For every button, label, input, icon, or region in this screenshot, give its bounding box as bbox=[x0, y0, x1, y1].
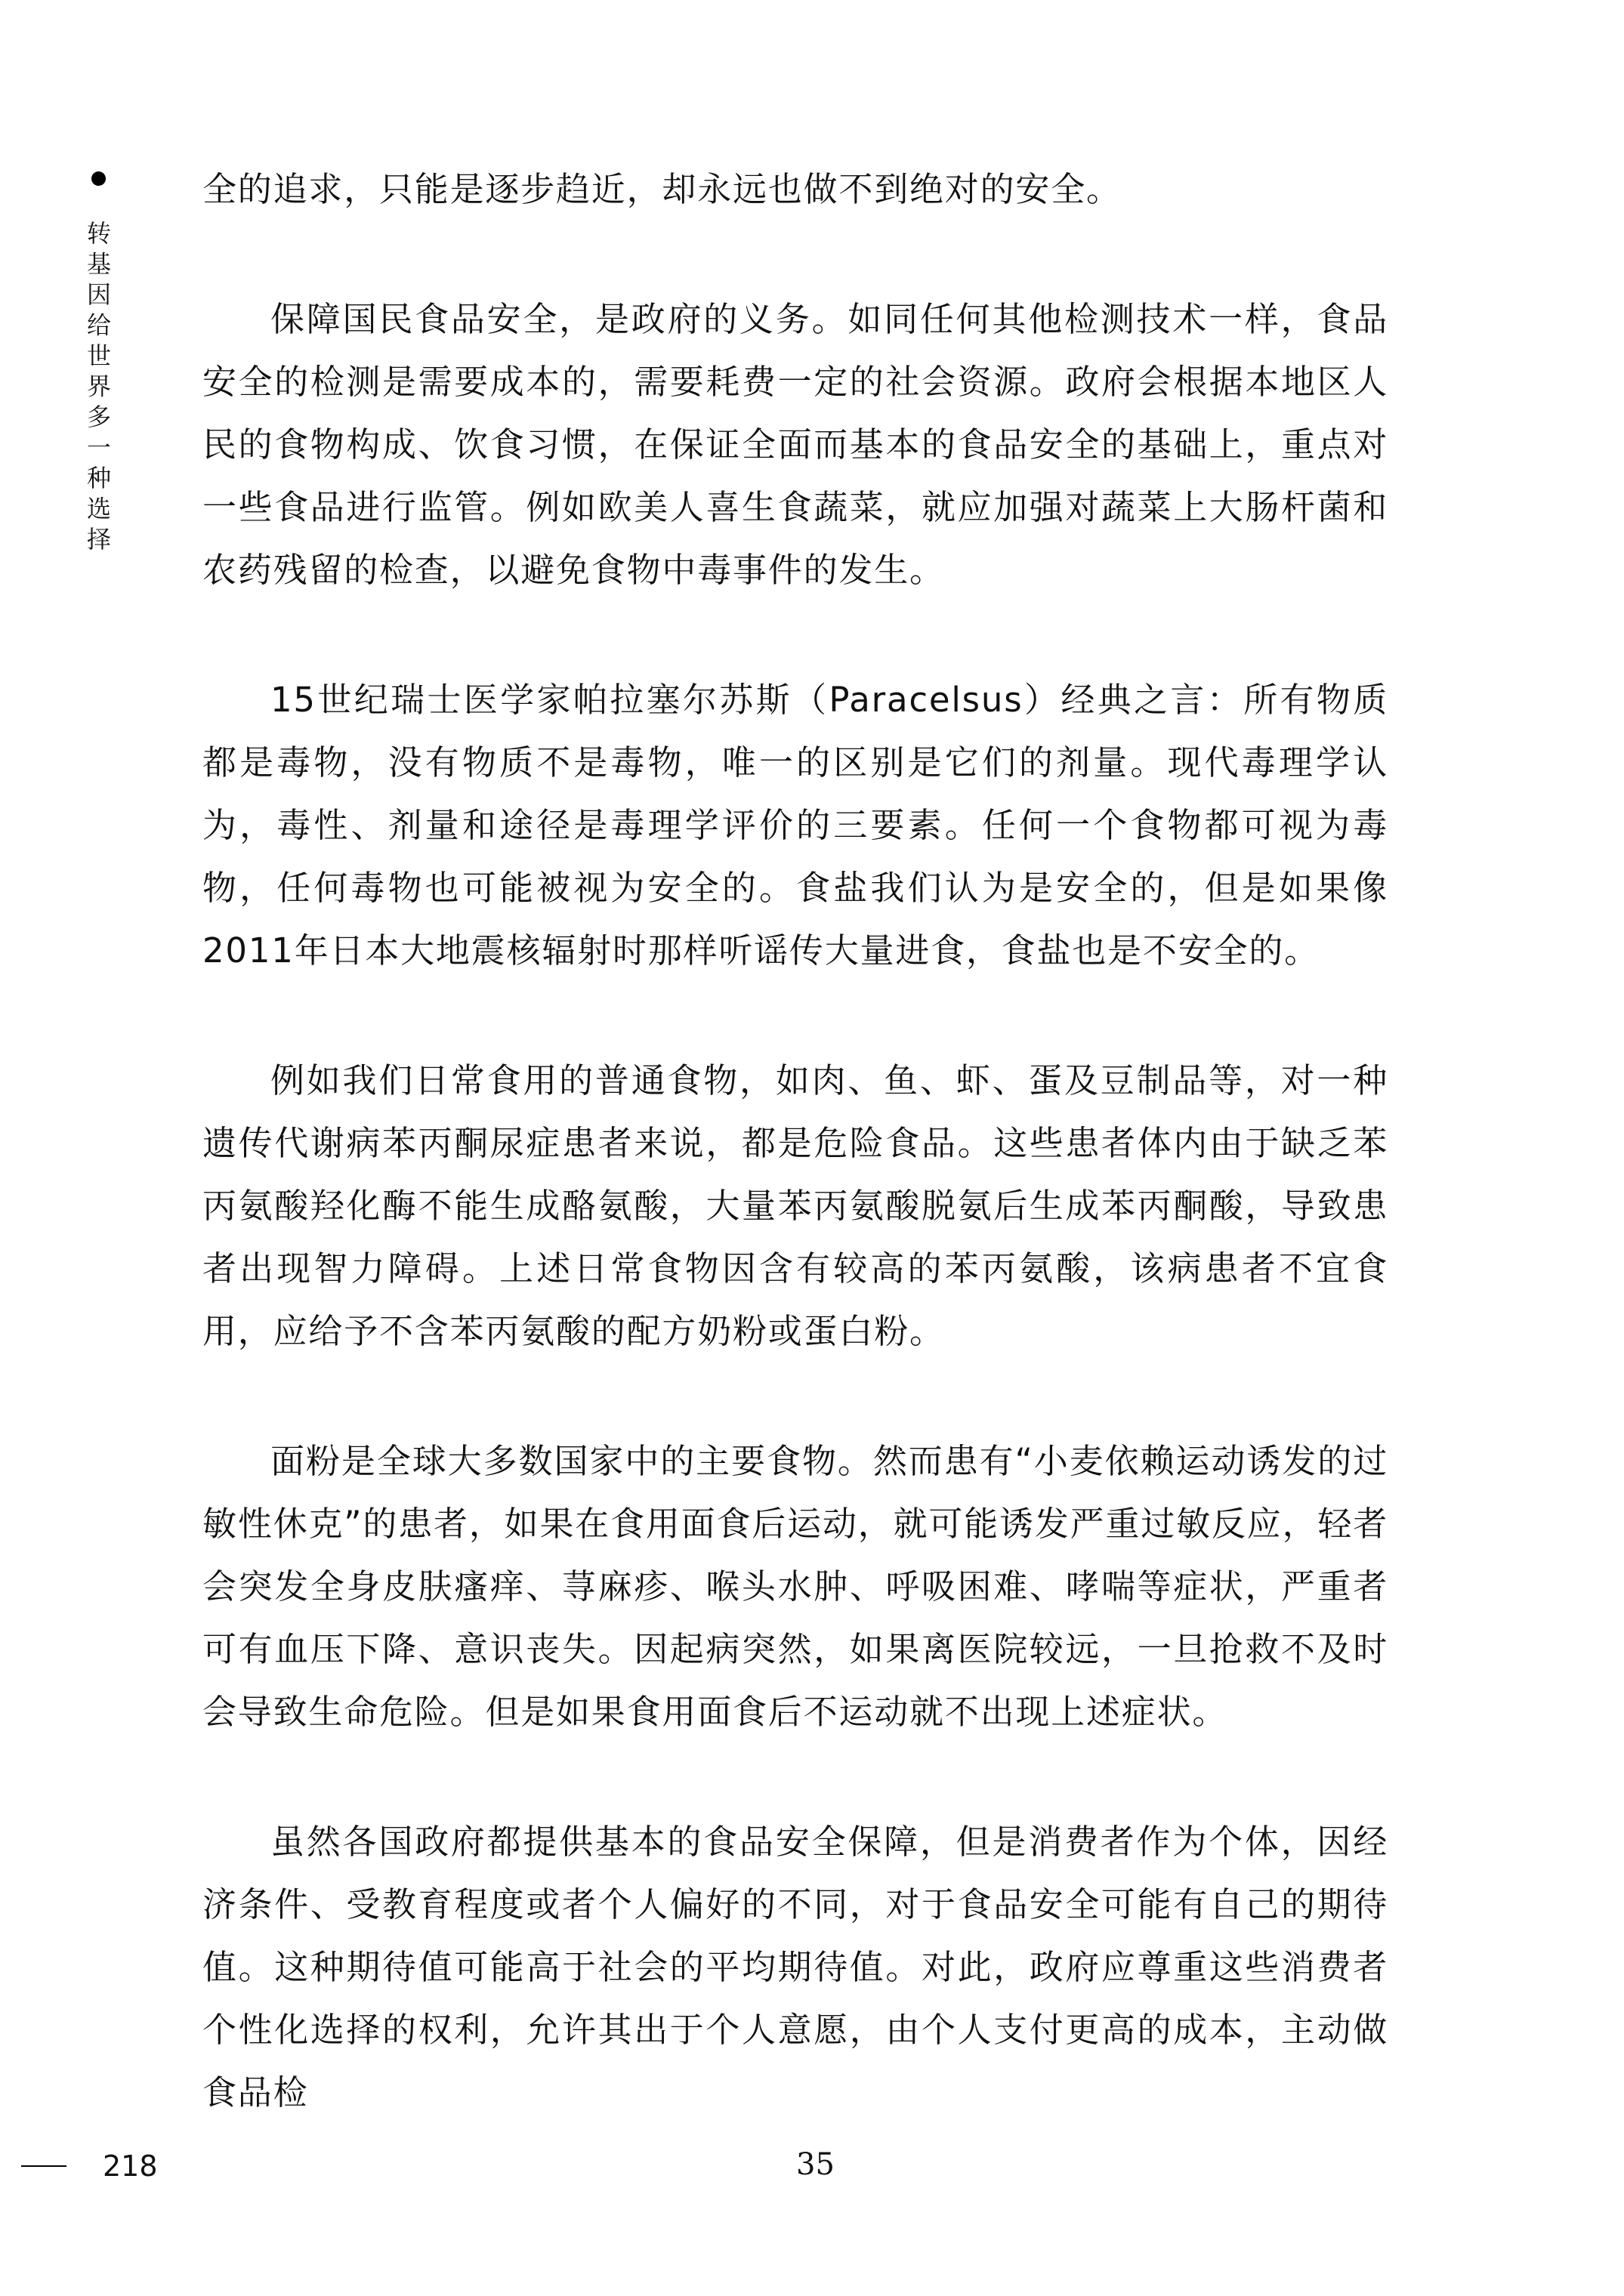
paragraph: 面粉是全球大多数国家中的主要食物。然而患有“小麦依赖运动诱发的过敏性休克”的患者… bbox=[202, 1430, 1388, 1743]
bullet-dot-icon bbox=[91, 171, 106, 186]
paragraph: 例如我们日常食用的普通食物，如肉、鱼、虾、蛋及豆制品等，对一种遗传代谢病苯丙酮尿… bbox=[202, 1049, 1388, 1362]
paragraph: 保障国民食品安全，是政府的义务。如同任何其他检测技术一样，食品安全的检测是需要成… bbox=[202, 288, 1388, 601]
folio-number: 218 bbox=[103, 2149, 158, 2183]
paragraph: 虽然各国政府都提供基本的食品安全保障，但是消费者作为个体，因经济条件、受教育程度… bbox=[202, 1810, 1388, 2124]
running-title-vertical: 转基因给世界多一种选择 bbox=[85, 221, 113, 557]
page-number: 35 bbox=[796, 2147, 835, 2182]
paragraph-continued: 全的追求，只能是逐步趋近，却永远也做不到绝对的安全。 bbox=[202, 158, 1388, 221]
footer-dash-divider bbox=[21, 2165, 66, 2167]
paragraph: 15世纪瑞士医学家帕拉塞尔苏斯（Paracelsus）经典之言：所有物质都是毒物… bbox=[202, 668, 1388, 982]
body-text: 全的追求，只能是逐步趋近，却永远也做不到绝对的安全。 保障国民食品安全，是政府的… bbox=[202, 158, 1388, 2191]
